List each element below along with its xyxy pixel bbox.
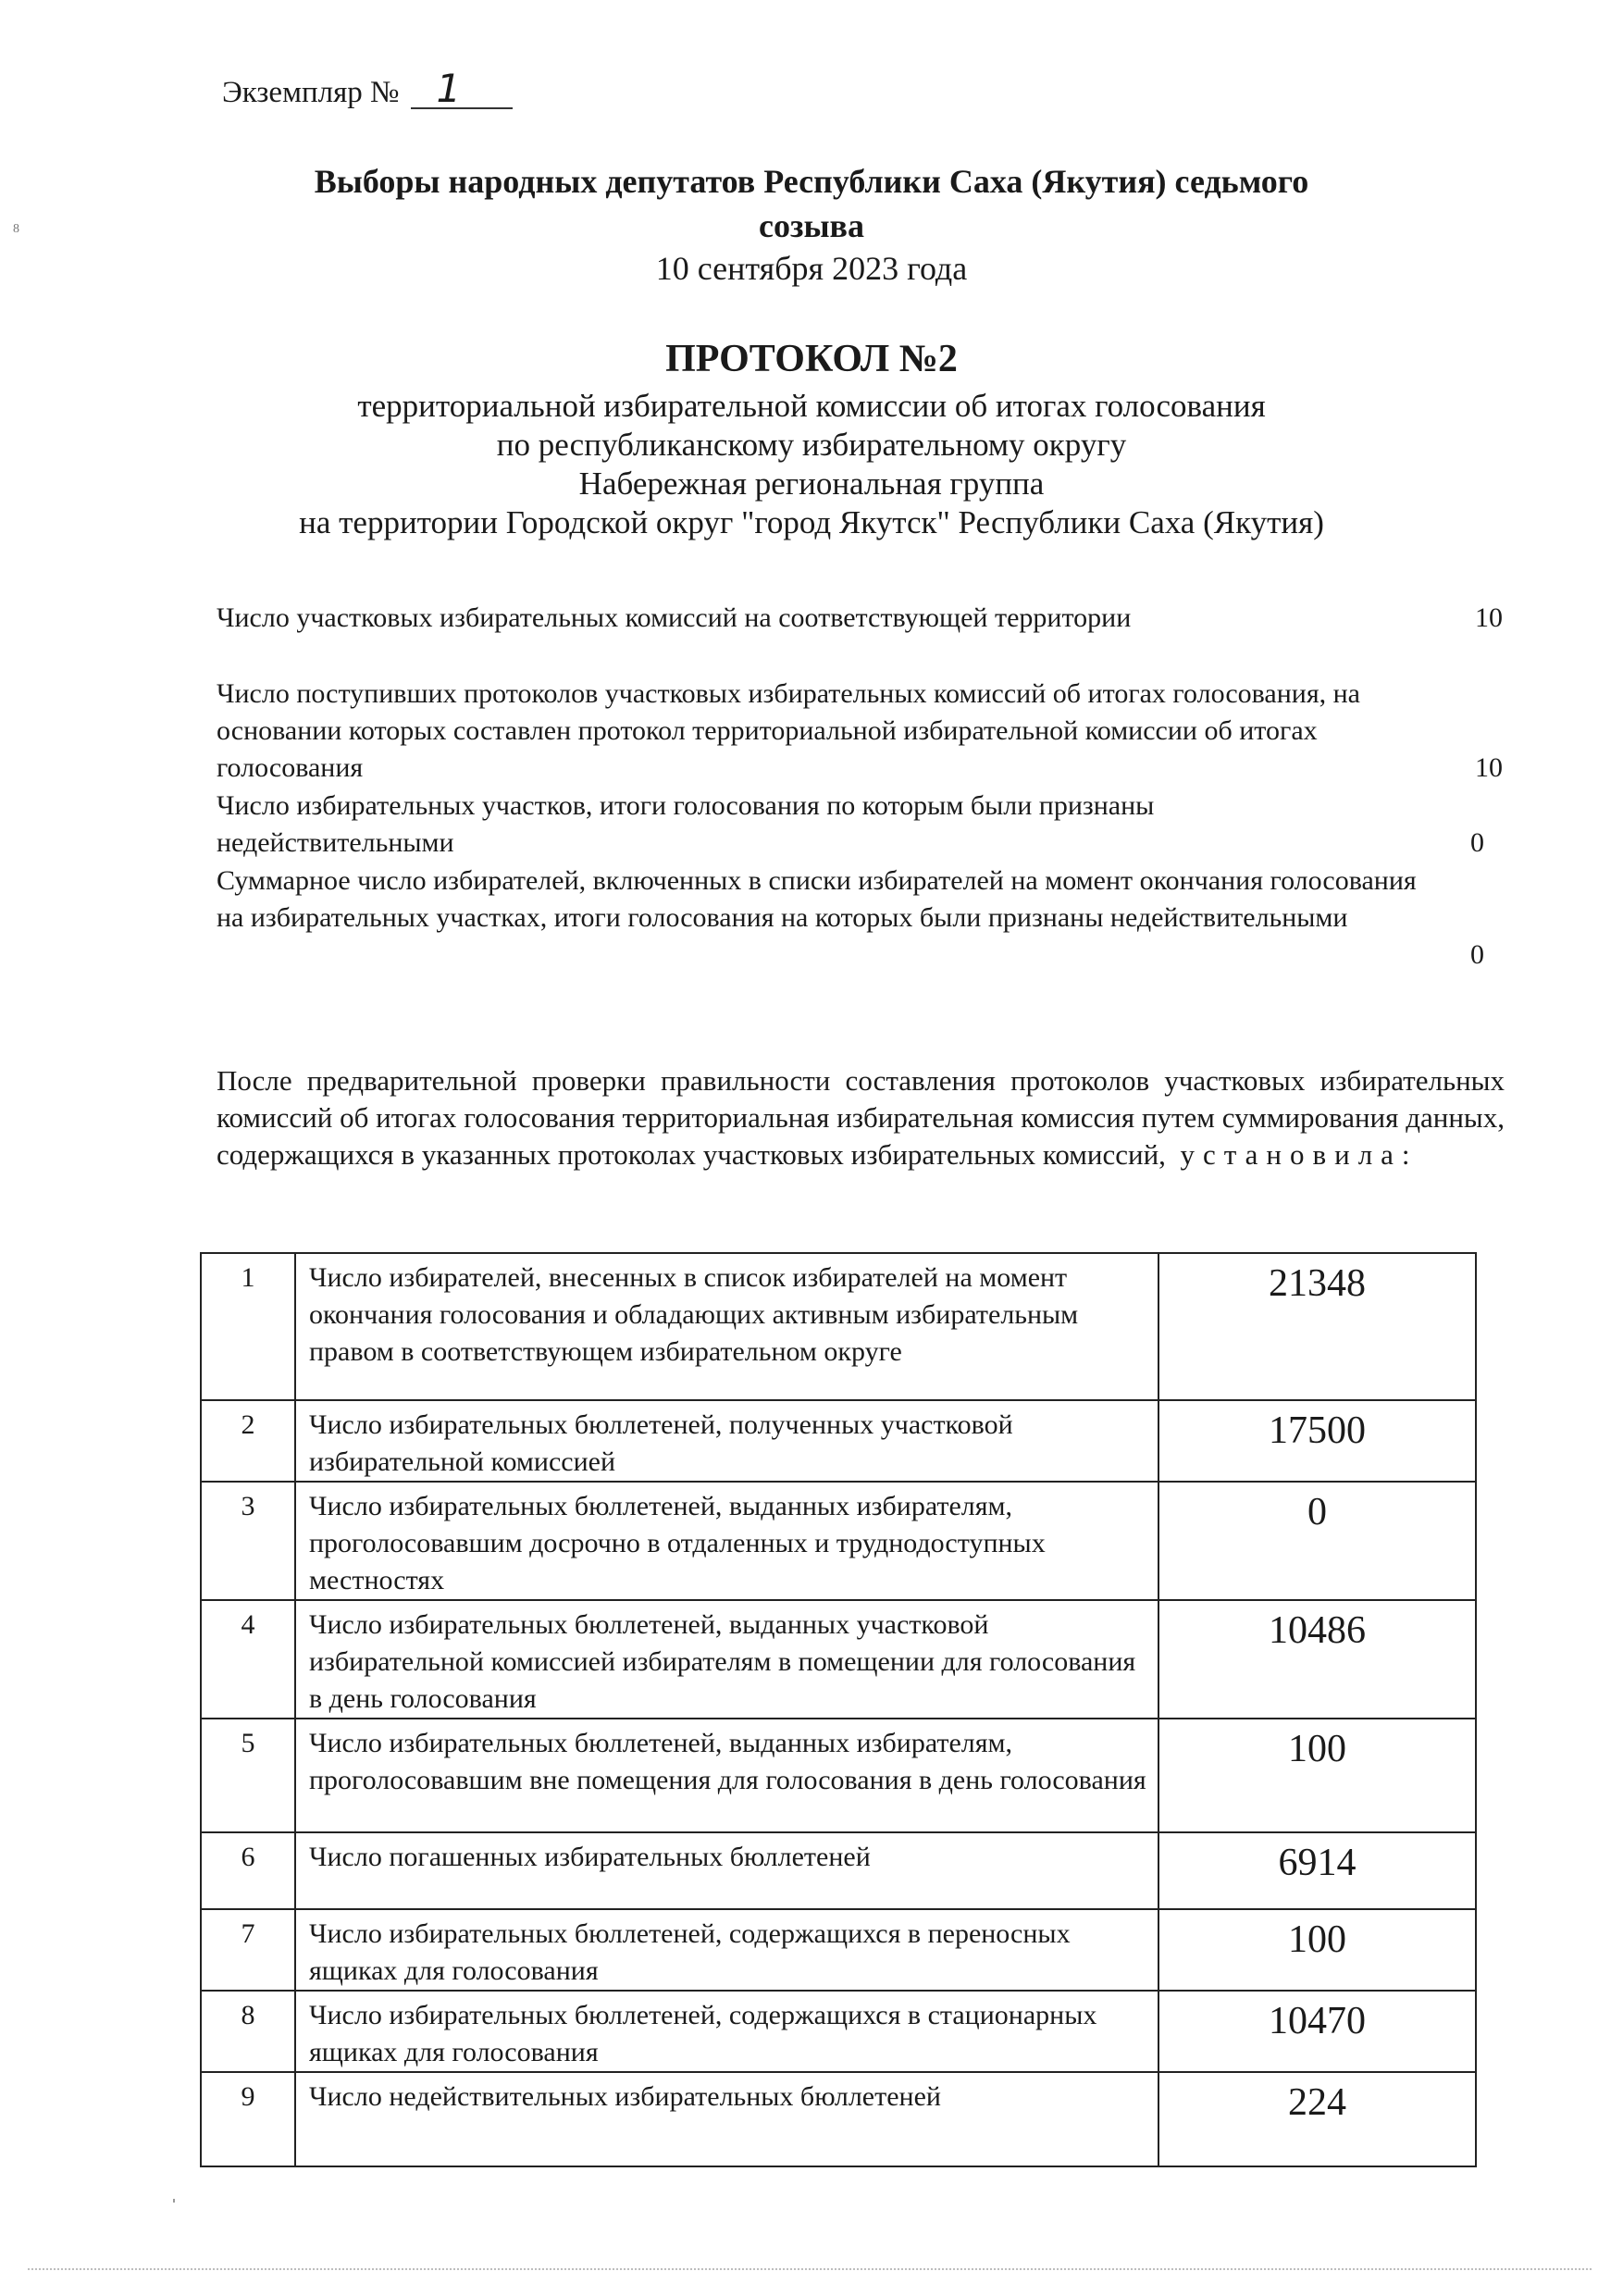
row-value: 21348 [1158,1253,1476,1400]
copy-number-line: Экземпляр №1 [222,70,513,110]
preliminary-item-value: 0 [1447,825,1484,862]
protocol-subtitle-line: по республиканскому избирательному округ… [0,426,1623,465]
row-label: Число избирательных бюллетеней, содержащ… [295,1909,1158,1991]
preliminary-item: Суммарное число избирателей, включенных … [217,863,1503,974]
table-row: 4Число избирательных бюллетеней, выданны… [201,1600,1476,1719]
protocol-subtitle-line: территориальной избирательной комиссии о… [0,387,1623,426]
preliminary-item: Число участковых избирательных комиссий … [217,600,1503,637]
intro-paragraph: После предварительной проверки правильно… [217,1062,1505,1173]
row-value: 224 [1158,2072,1476,2166]
row-number: 6 [201,1832,295,1909]
table-row: 2Число избирательных бюллетеней, получен… [201,1400,1476,1482]
table-row: 8Число избирательных бюллетеней, содержа… [201,1991,1476,2072]
row-value: 6914 [1158,1832,1476,1909]
results-table: 1Число избирателей, внесенных в список и… [200,1252,1477,2167]
table-row: 7Число избирательных бюллетеней, содержа… [201,1909,1476,1991]
row-value: 10470 [1158,1991,1476,2072]
row-value: 0 [1158,1482,1476,1600]
preliminary-item: Число избирательных участков, итоги голо… [217,788,1503,862]
row-number: 5 [201,1719,295,1832]
protocol-subtitle: территориальной избирательной комиссии о… [0,387,1623,542]
row-number: 1 [201,1253,295,1400]
row-label: Число избирательных бюллетеней, выданных… [295,1600,1158,1719]
table-row: 3Число избирательных бюллетеней, выданны… [201,1482,1476,1600]
scan-edge-line [28,2268,1592,2270]
preliminary-item: Число поступивших протоколов участковых … [217,676,1503,787]
protocol-subtitle-line: Набережная региональная группа [0,465,1623,503]
preliminary-item-value: 0 [1447,937,1484,974]
election-title: Выборы народных депутатов Республики Сах… [0,159,1623,248]
row-label: Число избирательных бюллетеней, содержащ… [295,1991,1158,2072]
election-date: 10 сентября 2023 года [0,248,1623,289]
row-label: Число избирательных бюллетеней, выданных… [295,1482,1158,1600]
preliminary-item-label: Число участковых избирательных комиссий … [217,600,1419,637]
row-label: Число недействительных избирательных бюл… [295,2072,1158,2166]
row-value: 17500 [1158,1400,1476,1482]
row-number: 3 [201,1482,295,1600]
table-row: 9Число недействительных избирательных бю… [201,2072,1476,2166]
row-label: Число избирателей, внесенных в список из… [295,1253,1158,1400]
scan-speck [173,2199,175,2203]
row-number: 4 [201,1600,295,1719]
copy-number-label: Экземпляр № [222,76,400,109]
preliminary-item-label: Число избирательных участков, итоги голо… [217,788,1364,862]
table-row: 6Число погашенных избирательных бюллетен… [201,1832,1476,1909]
copy-number-value: 1 [411,70,513,109]
row-value: 100 [1158,1719,1476,1832]
row-value: 10486 [1158,1600,1476,1719]
intro-emphasis: установила: [1180,1138,1418,1171]
row-label: Число погашенных избирательных бюллетене… [295,1832,1158,1909]
election-title-line1: Выборы народных депутатов Республики Сах… [0,159,1623,204]
table-row: 5Число избирательных бюллетеней, выданны… [201,1719,1476,1832]
preliminary-item-label: Число поступивших протоколов участковых … [217,676,1364,787]
table-row: 1Число избирателей, внесенных в список и… [201,1253,1476,1400]
row-number: 7 [201,1909,295,1991]
preliminary-item-value: 10 [1466,600,1503,637]
row-label: Число избирательных бюллетеней, выданных… [295,1719,1158,1832]
protocol-subtitle-line: на территории Городской округ "город Яку… [0,503,1623,542]
row-label: Число избирательных бюллетеней, полученн… [295,1400,1158,1482]
election-title-line2: созыва [0,204,1623,248]
row-number: 9 [201,2072,295,2166]
preliminary-item-label: Суммарное число избирателей, включенных … [217,863,1419,937]
preliminary-item-value: 10 [1466,750,1503,787]
row-number: 2 [201,1400,295,1482]
row-number: 8 [201,1991,295,2072]
row-value: 100 [1158,1909,1476,1991]
protocol-title: ПРОТОКОЛ №2 [0,333,1623,385]
